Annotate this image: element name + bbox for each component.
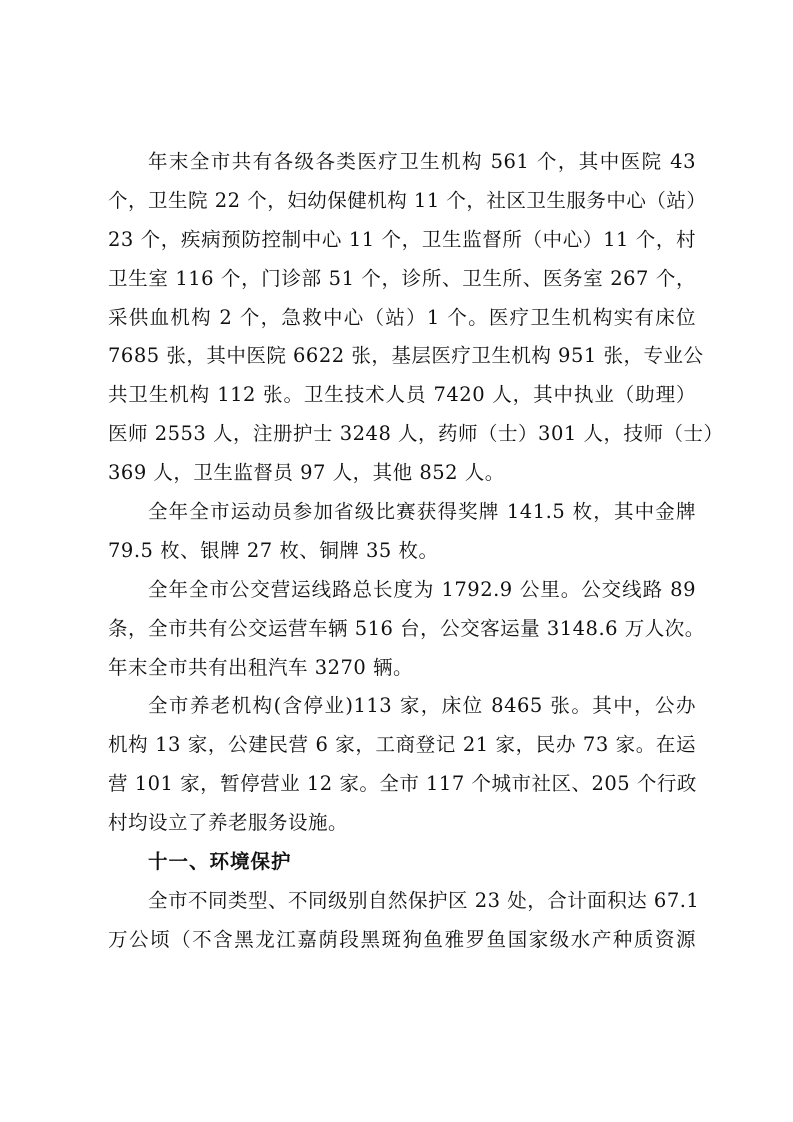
- text-line: 全市养老机构(含停业)113 家，床位 8465 张。其中，公办: [108, 687, 696, 726]
- paragraph-elderly-care: 全市养老机构(含停业)113 家，床位 8465 张。其中，公办 机构 13 家…: [108, 687, 696, 843]
- text-line: 卫生室 116 个，门诊部 51 个，诊所、卫生所、医务室 267 个，: [108, 260, 696, 299]
- text-line: 369 人，卫生监督员 97 人，其他 852 人。: [108, 454, 696, 493]
- text-line: 万公顷（不含黑龙江嘉荫段黑斑狗鱼雅罗鱼国家级水产种质资源: [108, 921, 696, 960]
- text-line: 全市不同类型、不同级别自然保护区 23 处，合计面积达 67.1: [108, 882, 696, 921]
- text-line: 7685 张，其中医院 6622 张，基层医疗卫生机构 951 张，专业公: [108, 337, 696, 376]
- document-body: 年末全市共有各级各类医疗卫生机构 561 个，其中医院 43 个，卫生院 22 …: [108, 143, 696, 960]
- paragraph-health-institutions: 年末全市共有各级各类医疗卫生机构 561 个，其中医院 43 个，卫生院 22 …: [108, 143, 696, 493]
- text-line: 营 101 家，暂停营业 12 家。全市 117 个城市社区、205 个行政: [108, 765, 696, 804]
- text-line: 采供血机构 2 个，急救中心（站）1 个。医疗卫生机构实有床位: [108, 299, 696, 338]
- text-line: 条，全市共有公交运营车辆 516 台，公交客运量 3148.6 万人次。: [108, 610, 696, 649]
- text-line: 全年全市公交营运线路总长度为 1792.9 公里。公交线路 89: [108, 571, 696, 610]
- text-line: 全年全市运动员参加省级比赛获得奖牌 141.5 枚，其中金牌: [108, 493, 696, 532]
- paragraph-public-transport: 全年全市公交营运线路总长度为 1792.9 公里。公交线路 89 条，全市共有公…: [108, 571, 696, 688]
- text-line: 机构 13 家，公建民营 6 家，工商登记 21 家，民办 73 家。在运: [108, 726, 696, 765]
- paragraph-sports-medals: 全年全市运动员参加省级比赛获得奖牌 141.5 枚，其中金牌 79.5 枚、银牌…: [108, 493, 696, 571]
- text-line: 村均设立了养老服务设施。: [108, 804, 696, 843]
- document-page: 年末全市共有各级各类医疗卫生机构 561 个，其中医院 43 个，卫生院 22 …: [0, 0, 793, 1122]
- paragraph-environment: 全市不同类型、不同级别自然保护区 23 处，合计面积达 67.1 万公顷（不含黑…: [108, 882, 696, 960]
- text-line: 79.5 枚、银牌 27 枚、铜牌 35 枚。: [108, 532, 696, 571]
- text-line: 医师 2553 人，注册护士 3248 人，药师（士）301 人，技师（士）: [108, 415, 696, 454]
- text-line: 个，卫生院 22 个，妇幼保健机构 11 个，社区卫生服务中心（站）: [108, 182, 696, 221]
- text-line: 年末全市共有各级各类医疗卫生机构 561 个，其中医院 43: [108, 143, 696, 182]
- section-heading: 十一、环境保护: [108, 843, 696, 882]
- text-line: 年末全市共有出租汽车 3270 辆。: [108, 649, 696, 688]
- text-line: 共卫生机构 112 张。卫生技术人员 7420 人，其中执业（助理）: [108, 376, 696, 415]
- text-line: 23 个，疾病预防控制中心 11 个，卫生监督所（中心）11 个，村: [108, 221, 696, 260]
